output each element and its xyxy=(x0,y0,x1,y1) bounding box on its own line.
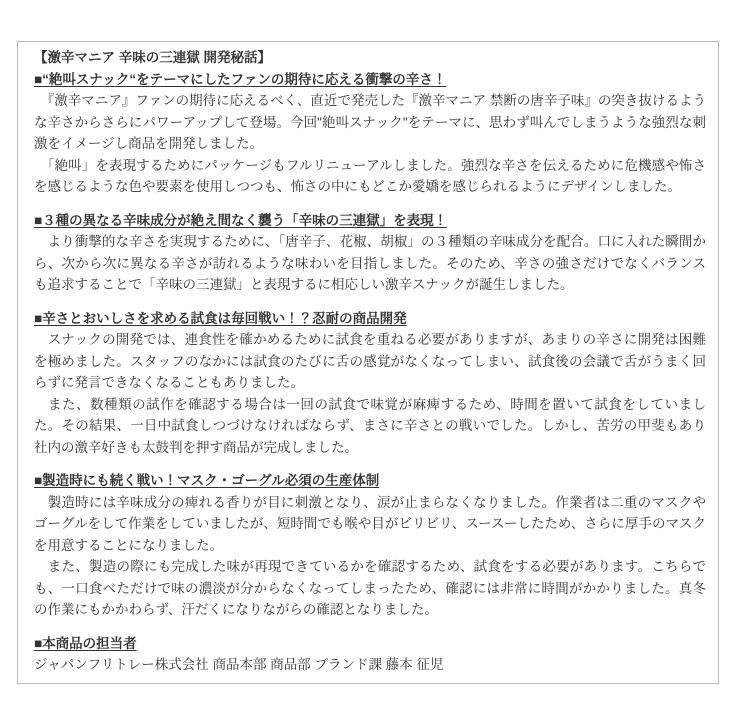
paragraph: ジャパンフリトレー株式会社 商品本部 商品部 ブランド課 藤本 征児 xyxy=(34,654,706,676)
section-heading: ■辛さとおいしさを求める試食は毎回戦い！？忍耐の商品開発 xyxy=(34,308,706,330)
section-heading: ■本商品の担当者 xyxy=(34,633,706,655)
paragraph: 『激辛マニア』ファンの期待に応えるべく、直近で発売した『激辛マニア 禁断の唐辛子… xyxy=(34,90,706,155)
section-0: ■“絶叫スナック“をテーマにしたファンの期待に応える衝撃の辛さ！ 『激辛マニア』… xyxy=(34,69,706,198)
paragraph: また、数種類の試作を確認する場合は一回の試食で味覚が麻痺するため、時間を置いて試… xyxy=(34,394,706,459)
paragraph: 「絶叫」を表現するためにパッケージもフルリニューアルしました。強烈な辛さを伝える… xyxy=(34,155,706,198)
section-4: ■本商品の担当者ジャパンフリトレー株式会社 商品本部 商品部 ブランド課 藤本 … xyxy=(34,633,706,676)
paragraph: スナックの開発では、連食性を確かめるために試食を重ねる必要がありますが、あまりの… xyxy=(34,329,706,394)
sections-container: ■“絶叫スナック“をテーマにしたファンの期待に応える衝撃の辛さ！ 『激辛マニア』… xyxy=(34,69,706,676)
section-3: ■製造時にも続く戦い！マスク・ゴーグル必須の生産体制 製造時には辛味成分の痺れる… xyxy=(34,470,706,621)
section-heading: ■製造時にも続く戦い！マスク・ゴーグル必須の生産体制 xyxy=(34,470,706,492)
section-1: ■３種の異なる辛味成分が絶え間なく襲う「辛味の三連獄」を表現！ より衝撃的な辛さ… xyxy=(34,210,706,296)
paragraph: 製造時には辛味成分の痺れる香りが目に刺激となり、涙が止まらなくなりました。作業者… xyxy=(34,492,706,557)
section-2: ■辛さとおいしさを求める試食は毎回戦い！？忍耐の商品開発 スナックの開発では、連… xyxy=(34,308,706,459)
document-title: 【激辛マニア 辛味の三連獄 開発秘話】 xyxy=(34,47,706,69)
paragraph: より衝撃的な辛さを実現するために、「唐辛子、花椒、胡椒」の３種類の辛味成分を配合… xyxy=(34,231,706,296)
document-panel: 【激辛マニア 辛味の三連獄 開発秘話】 ■“絶叫スナック“をテーマにしたファンの… xyxy=(17,41,719,684)
section-heading: ■３種の異なる辛味成分が絶え間なく襲う「辛味の三連獄」を表現！ xyxy=(34,210,706,232)
paragraph: また、製造の際にも完成した味が再現できているかを確認するため、試食をする必要があ… xyxy=(34,556,706,621)
section-heading: ■“絶叫スナック“をテーマにしたファンの期待に応える衝撃の辛さ！ xyxy=(34,69,706,91)
